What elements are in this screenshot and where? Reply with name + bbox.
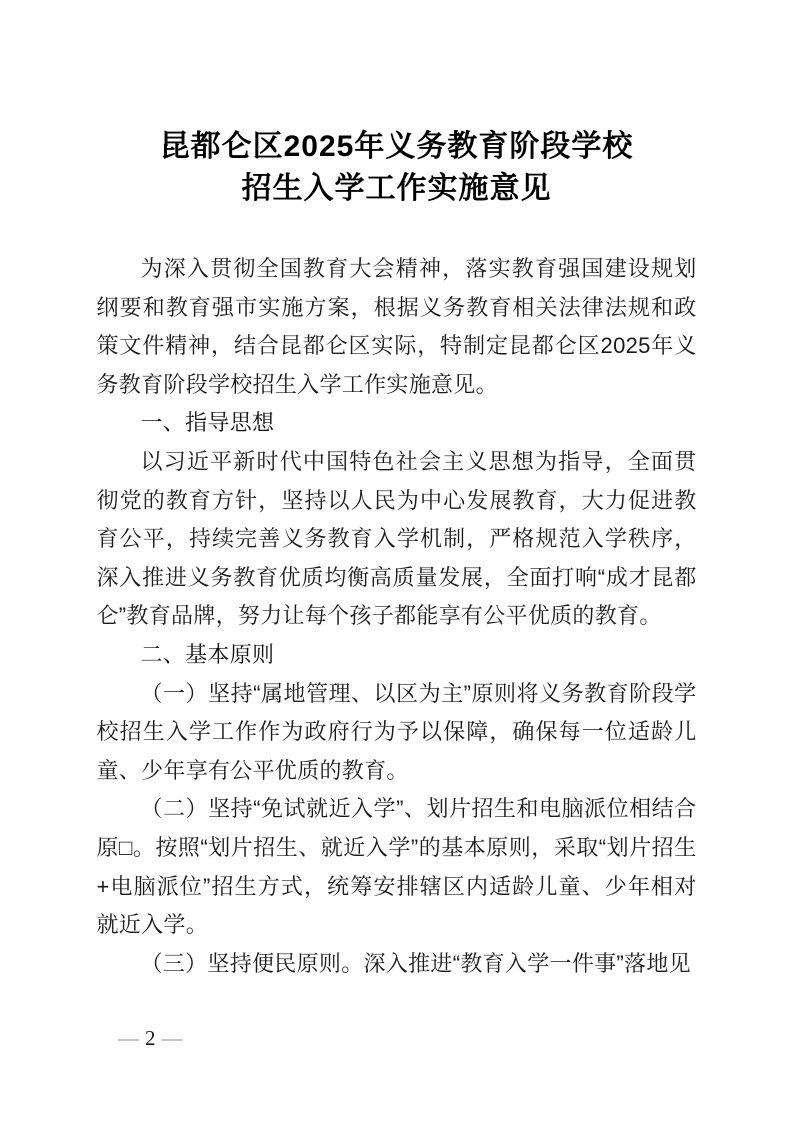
para-principle-2: （二）坚持“免试就近入学”、划片招生和电脑派位相结合原□。按照“划片招生、就近入… xyxy=(97,790,697,944)
footer-dash-right: — xyxy=(156,1026,189,1050)
para-intro: 为深入贯彻全国教育大会精神，落实教育强国建设规划纲要和教育强市实施方案，根据义务… xyxy=(97,250,697,404)
heading-guiding-ideology: 一、指导思想 xyxy=(97,404,697,443)
footer-dash-left: — xyxy=(112,1026,145,1050)
document-body: 为深入贯彻全国教育大会精神，落实教育强国建设规划纲要和教育强市实施方案，根据义务… xyxy=(97,250,697,983)
document-page: 昆都仑区2025年义务教育阶段学校 招生入学工作实施意见 为深入贯彻全国教育大会… xyxy=(0,0,793,1122)
title-line-2: 招生入学工作实施意见 xyxy=(0,168,793,210)
document-title: 昆都仑区2025年义务教育阶段学校 招生入学工作实施意见 xyxy=(0,126,793,210)
page-footer: —2— xyxy=(112,1026,189,1051)
page-number: 2 xyxy=(145,1026,156,1050)
para-principle-1: （一）坚持“属地管理、以区为主”原则将义务教育阶段学校招生入学工作作为政府行为予… xyxy=(97,675,697,791)
title-line-1: 昆都仑区2025年义务教育阶段学校 xyxy=(0,126,793,168)
heading-basic-principles: 二、基本原则 xyxy=(97,636,697,675)
para-guiding-ideology: 以习近平新时代中国特色社会主义思想为指导，全面贯彻党的教育方针，坚持以人民为中心… xyxy=(97,443,697,636)
para-principle-3: （三）坚持便民原则。深入推进“教育入学一件事”落地见 xyxy=(97,945,697,984)
